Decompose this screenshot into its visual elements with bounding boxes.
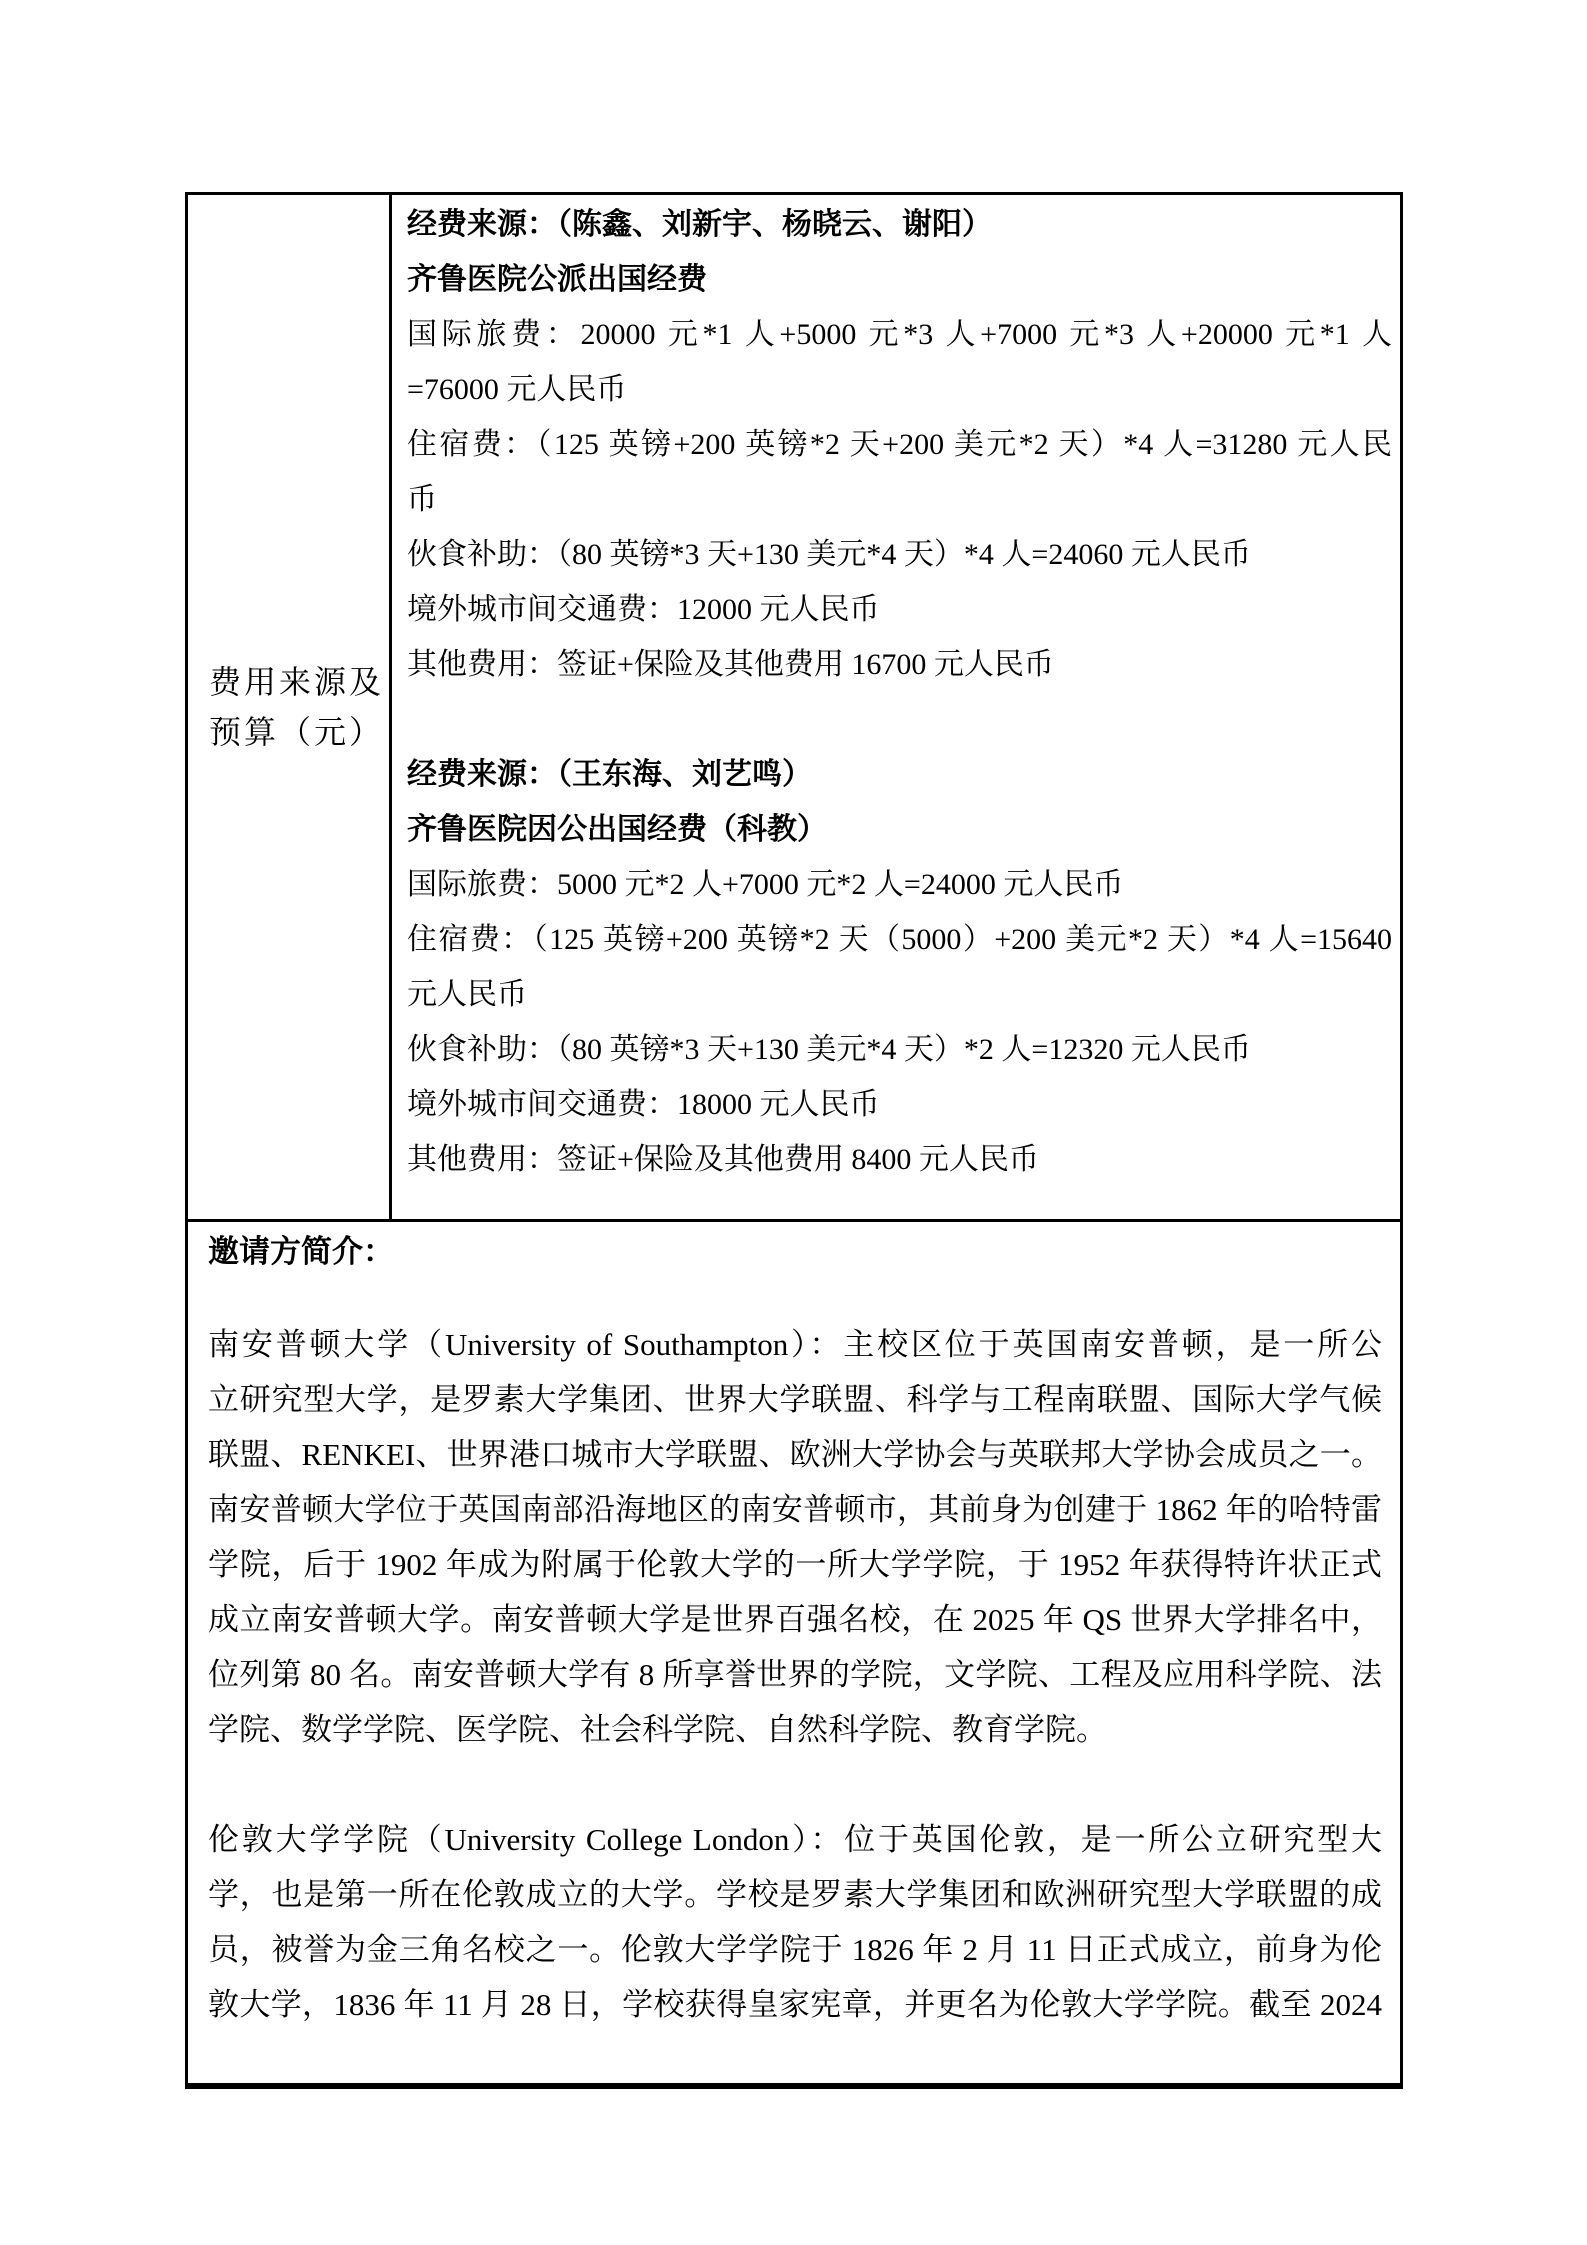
invitation-heading: 邀请方简介：: [208, 1224, 1382, 1279]
intro-line: 联盟、RENKEI、世界港口城市大学联盟、欧洲大学协会与英联邦大学协会成员之一。: [208, 1427, 1382, 1482]
intro-line: 南安普顿大学（University of Southampton）：主校区位于英…: [208, 1317, 1382, 1372]
budget-label-line-2: 预算（元）: [209, 707, 389, 757]
intro-line: 成立南安普顿大学。南安普顿大学是世界百强名校，在 2025 年 QS 世界大学排…: [208, 1592, 1382, 1647]
intro-line: 位列第 80 名。南安普顿大学有 8 所享誉世界的学院，文学院、工程及应用科学院…: [208, 1647, 1382, 1702]
budget-line: 住宿费：（125 英镑+200 英镑*2 天+200 美元*2 天）*4 人=3…: [407, 417, 1392, 472]
funding-fund-title-1: 齐鲁医院公派出国经费: [407, 252, 1392, 307]
intro-line: 学，也是第一所在伦敦成立的大学。学校是罗素大学集团和欧洲研究型大学联盟的成: [208, 1867, 1382, 1922]
budget-line: 国际旅费：5000 元*2 人+7000 元*2 人=24000 元人民币: [407, 857, 1392, 912]
intro-line: 伦敦大学学院（University College London）：位于英国伦敦…: [208, 1812, 1382, 1867]
budget-line: 币: [407, 472, 1392, 527]
intro-paragraph-ucl: 伦敦大学学院（University College London）：位于英国伦敦…: [208, 1812, 1382, 2032]
budget-line: 其他费用：签证+保险及其他费用 16700 元人民币: [407, 637, 1392, 692]
budget-label-line-1: 费用来源及: [209, 657, 389, 707]
invitation-section: 邀请方简介： 南安普顿大学（University of Southampton）…: [185, 1222, 1403, 2089]
budget-line: 其他费用：签证+保险及其他费用 8400 元人民币: [407, 1132, 1392, 1187]
budget-line: =76000 元人民币: [407, 362, 1392, 417]
document-page: 费用来源及 预算（元） 经费来源：（陈鑫、刘新宇、杨晓云、谢阳） 齐鲁医院公派出…: [0, 0, 1587, 2245]
intro-line: 学院、数学学院、医学院、社会科学院、自然科学院、教育学院。: [208, 1702, 1382, 1757]
intro-line: 敦大学，1836 年 11 月 28 日，学校获得皇家宪章，并更名为伦敦大学学院…: [208, 1977, 1382, 2032]
funding-block-2: 经费来源：（王东海、刘艺鸣） 齐鲁医院因公出国经费（科教） 国际旅费：5000 …: [407, 747, 1392, 1187]
budget-content-cell: 经费来源：（陈鑫、刘新宇、杨晓云、谢阳） 齐鲁医院公派出国经费 国际旅费：200…: [392, 195, 1400, 1219]
budget-line: 伙食补助：（80 英镑*3 天+130 美元*4 天）*4 人=24060 元人…: [407, 527, 1392, 582]
budget-table-row: 费用来源及 预算（元） 经费来源：（陈鑫、刘新宇、杨晓云、谢阳） 齐鲁医院公派出…: [185, 192, 1403, 1222]
budget-line: 国际旅费：20000 元*1 人+5000 元*3 人+7000 元*3 人+2…: [407, 307, 1392, 362]
funding-source-title-2: 经费来源：（王东海、刘艺鸣）: [407, 747, 1392, 802]
budget-line: 境外城市间交通费：12000 元人民币: [407, 582, 1392, 637]
budget-line: 住宿费：（125 英镑+200 英镑*2 天（5000）+200 美元*2 天）…: [407, 912, 1392, 967]
intro-line: 立研究型大学，是罗素大学集团、世界大学联盟、科学与工程南联盟、国际大学气候: [208, 1372, 1382, 1427]
budget-lines-1: 国际旅费：20000 元*1 人+5000 元*3 人+7000 元*3 人+2…: [407, 307, 1392, 692]
document-content: 费用来源及 预算（元） 经费来源：（陈鑫、刘新宇、杨晓云、谢阳） 齐鲁医院公派出…: [185, 192, 1403, 2089]
budget-line: 元人民币: [407, 967, 1392, 1022]
intro-line: 南安普顿大学位于英国南部沿海地区的南安普顿市，其前身为创建于 1862 年的哈特…: [208, 1482, 1382, 1537]
intro-paragraph-southampton: 南安普顿大学（University of Southampton）：主校区位于英…: [208, 1317, 1382, 1757]
budget-line: 境外城市间交通费：18000 元人民币: [407, 1077, 1392, 1132]
budget-label-cell: 费用来源及 预算（元）: [188, 195, 392, 1219]
intro-line: 员，被誉为金三角名校之一。伦敦大学学院于 1826 年 2 月 11 日正式成立…: [208, 1922, 1382, 1977]
budget-lines-2: 国际旅费：5000 元*2 人+7000 元*2 人=24000 元人民币住宿费…: [407, 857, 1392, 1187]
budget-line: 伙食补助：（80 英镑*3 天+130 美元*4 天）*2 人=12320 元人…: [407, 1022, 1392, 1077]
intro-line: 学院，后于 1902 年成为附属于伦敦大学的一所大学学院，于 1952 年获得特…: [208, 1537, 1382, 1592]
funding-source-title-1: 经费来源：（陈鑫、刘新宇、杨晓云、谢阳）: [407, 197, 1392, 252]
funding-block-1: 经费来源：（陈鑫、刘新宇、杨晓云、谢阳） 齐鲁医院公派出国经费 国际旅费：200…: [407, 197, 1392, 692]
funding-fund-title-2: 齐鲁医院因公出国经费（科教）: [407, 802, 1392, 857]
